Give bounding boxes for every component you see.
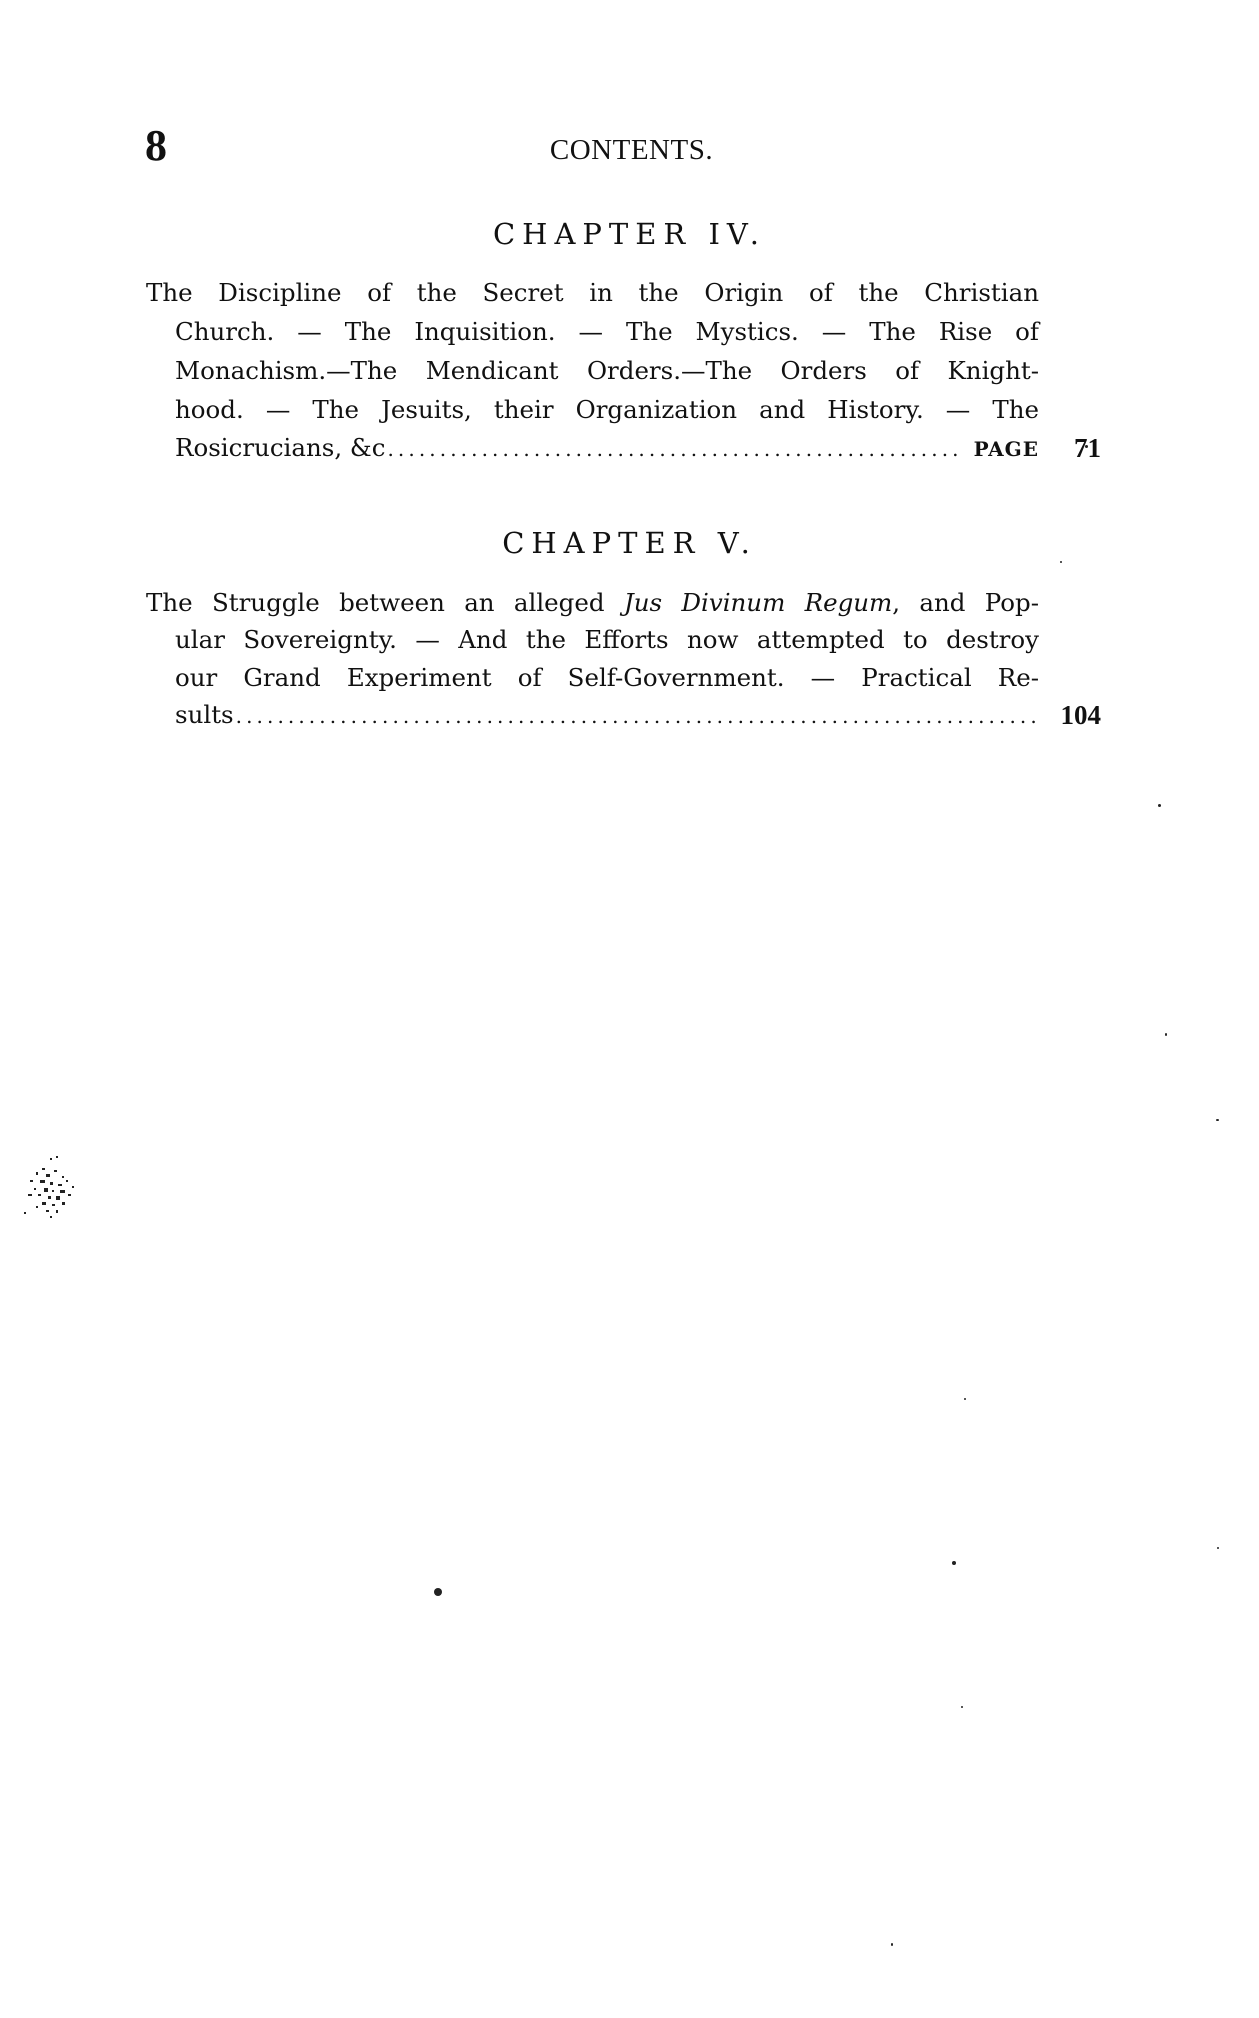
- chapter-heading-v: CHAPTER V.: [0, 529, 1259, 558]
- toc-entry-line: Rosicrucians, &c: [175, 436, 385, 461]
- toc-entry-line: our Grand Experiment of Self-Government.…: [175, 666, 1039, 691]
- chapter-heading-iv: CHAPTER IV.: [0, 220, 1259, 249]
- toc-entry-last-line: Rosicrucians, &c .......................…: [175, 436, 1039, 461]
- dot-leader: ........................................…: [236, 706, 1035, 726]
- page-ref-71[interactable]: 71: [1041, 435, 1101, 462]
- italic-latin-phrase: Jus Divinum Regum: [624, 588, 892, 617]
- toc-entry-line: The Struggle between an alleged Jus Divi…: [146, 591, 1039, 616]
- running-head-contents: CONTENTS.: [0, 136, 1259, 165]
- scan-speck: [434, 1588, 442, 1596]
- toc-entry-last-line: sults ..................................…: [175, 703, 1039, 728]
- dot-leader: ........................................…: [387, 439, 969, 459]
- toc-entry-line: hood. — The Jesuits, their Organization …: [175, 398, 1039, 423]
- scan-speck: [1216, 1119, 1219, 1121]
- page-ref-104[interactable]: 104: [1041, 702, 1101, 729]
- text-span: The Struggle between an alleged: [146, 588, 624, 617]
- scan-speck: [952, 1561, 956, 1565]
- scan-speck: [1060, 561, 1062, 563]
- toc-entry-line: Church. — The Inquisition. — The Mystics…: [175, 320, 1039, 345]
- toc-entry-line: Monachism.—The Mendicant Orders.—The Ord…: [175, 359, 1039, 384]
- scan-speck: [961, 1706, 963, 1708]
- scan-speck: [1085, 445, 1088, 448]
- toc-entry-line: sults: [175, 703, 234, 728]
- scan-speck: [1165, 1033, 1167, 1036]
- toc-entry-line: ular Sovereignty. — And the Efforts now …: [175, 628, 1039, 653]
- scan-speck: [964, 1398, 966, 1400]
- scan-speck: [1217, 1547, 1219, 1549]
- scan-speck: [891, 1943, 893, 1946]
- page-label: PAGE: [974, 439, 1039, 459]
- toc-entry-line: The Discipline of the Secret in the Orig…: [146, 281, 1039, 306]
- book-page: 8 CONTENTS. CHAPTER IV. The Discipline o…: [0, 0, 1259, 2018]
- scan-noise-speckle-icon: [12, 1150, 84, 1222]
- scan-speck: [1158, 804, 1161, 807]
- text-span: , and Pop-: [892, 588, 1039, 617]
